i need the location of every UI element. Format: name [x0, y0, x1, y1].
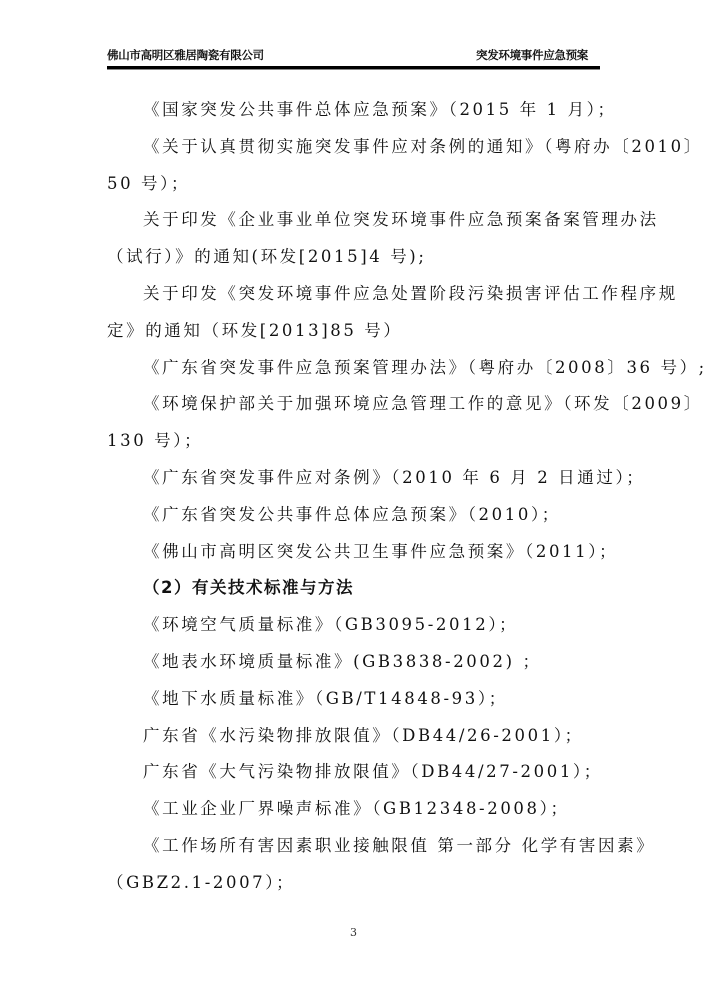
header-document-title: 突发环境事件应急预案 — [476, 47, 588, 63]
reference-line: 《广东省突发事件应急预案管理办法》（粤府办〔2008〕36 号）; — [107, 350, 600, 387]
reference-line: 《关于认真贯彻实施突发事件应对条例的通知》（粤府办〔2010〕 — [107, 129, 600, 166]
reference-line: 《国家突发公共事件总体应急预案》（2015 年 1 月）； — [107, 92, 600, 129]
reference-line-continuation: 50 号）； — [107, 166, 600, 203]
reference-line: 关于印发《突发环境事件应急处置阶段污染损害评估工作程序规 — [107, 276, 600, 313]
standard-line: 《工作场所有害因素职业接触限值 第一部分 化学有害因素》 — [107, 828, 600, 865]
header-company-name: 佛山市高明区雅居陶瓷有限公司 — [107, 47, 264, 63]
standard-line: 广东省《水污染物排放限值》（DB44/26-2001）； — [107, 718, 600, 755]
reference-line: 《环境保护部关于加强环境应急管理工作的意见》（环发〔2009〕 — [107, 386, 600, 423]
document-body: 《国家突发公共事件总体应急预案》（2015 年 1 月）； 《关于认真贯彻实施突… — [107, 92, 600, 902]
reference-line: 《广东省突发公共事件总体应急预案》（2010）； — [107, 497, 600, 534]
page-number: 3 — [0, 926, 707, 939]
standard-line: 《环境空气质量标准》（GB3095-2012）； — [107, 607, 600, 644]
page-header: 佛山市高明区雅居陶瓷有限公司 突发环境事件应急预案 — [107, 47, 600, 71]
reference-line-continuation: 定》的通知（环发[2013]85 号） — [107, 313, 600, 350]
reference-line: 关于印发《企业事业单位突发环境事件应急预案备案管理办法 — [107, 202, 600, 239]
section-heading: （2）有关技术标准与方法 — [107, 570, 600, 607]
standard-line-continuation: （GBZ2.1-2007）； — [107, 865, 600, 902]
reference-line: 《佛山市高明区突发公共卫生事件应急预案》（2011）； — [107, 534, 600, 571]
reference-line-continuation: （试行）》的通知(环发[2015]4 号); — [107, 239, 600, 276]
reference-line-continuation: 130 号）； — [107, 423, 600, 460]
reference-line: 《广东省突发事件应对条例》（2010 年 6 月 2 日通过）； — [107, 460, 600, 497]
standard-line: 《工业企业厂界噪声标准》（GB12348-2008）； — [107, 791, 600, 828]
standard-line: 《地下水质量标准》（GB/T14848-93）； — [107, 681, 600, 718]
standard-line: 广东省《大气污染物排放限值》（DB44/27-2001）； — [107, 754, 600, 791]
standard-line: 《地表水环境质量标准》(GB3838-2002) ； — [107, 644, 600, 681]
header-rule — [107, 66, 600, 69]
